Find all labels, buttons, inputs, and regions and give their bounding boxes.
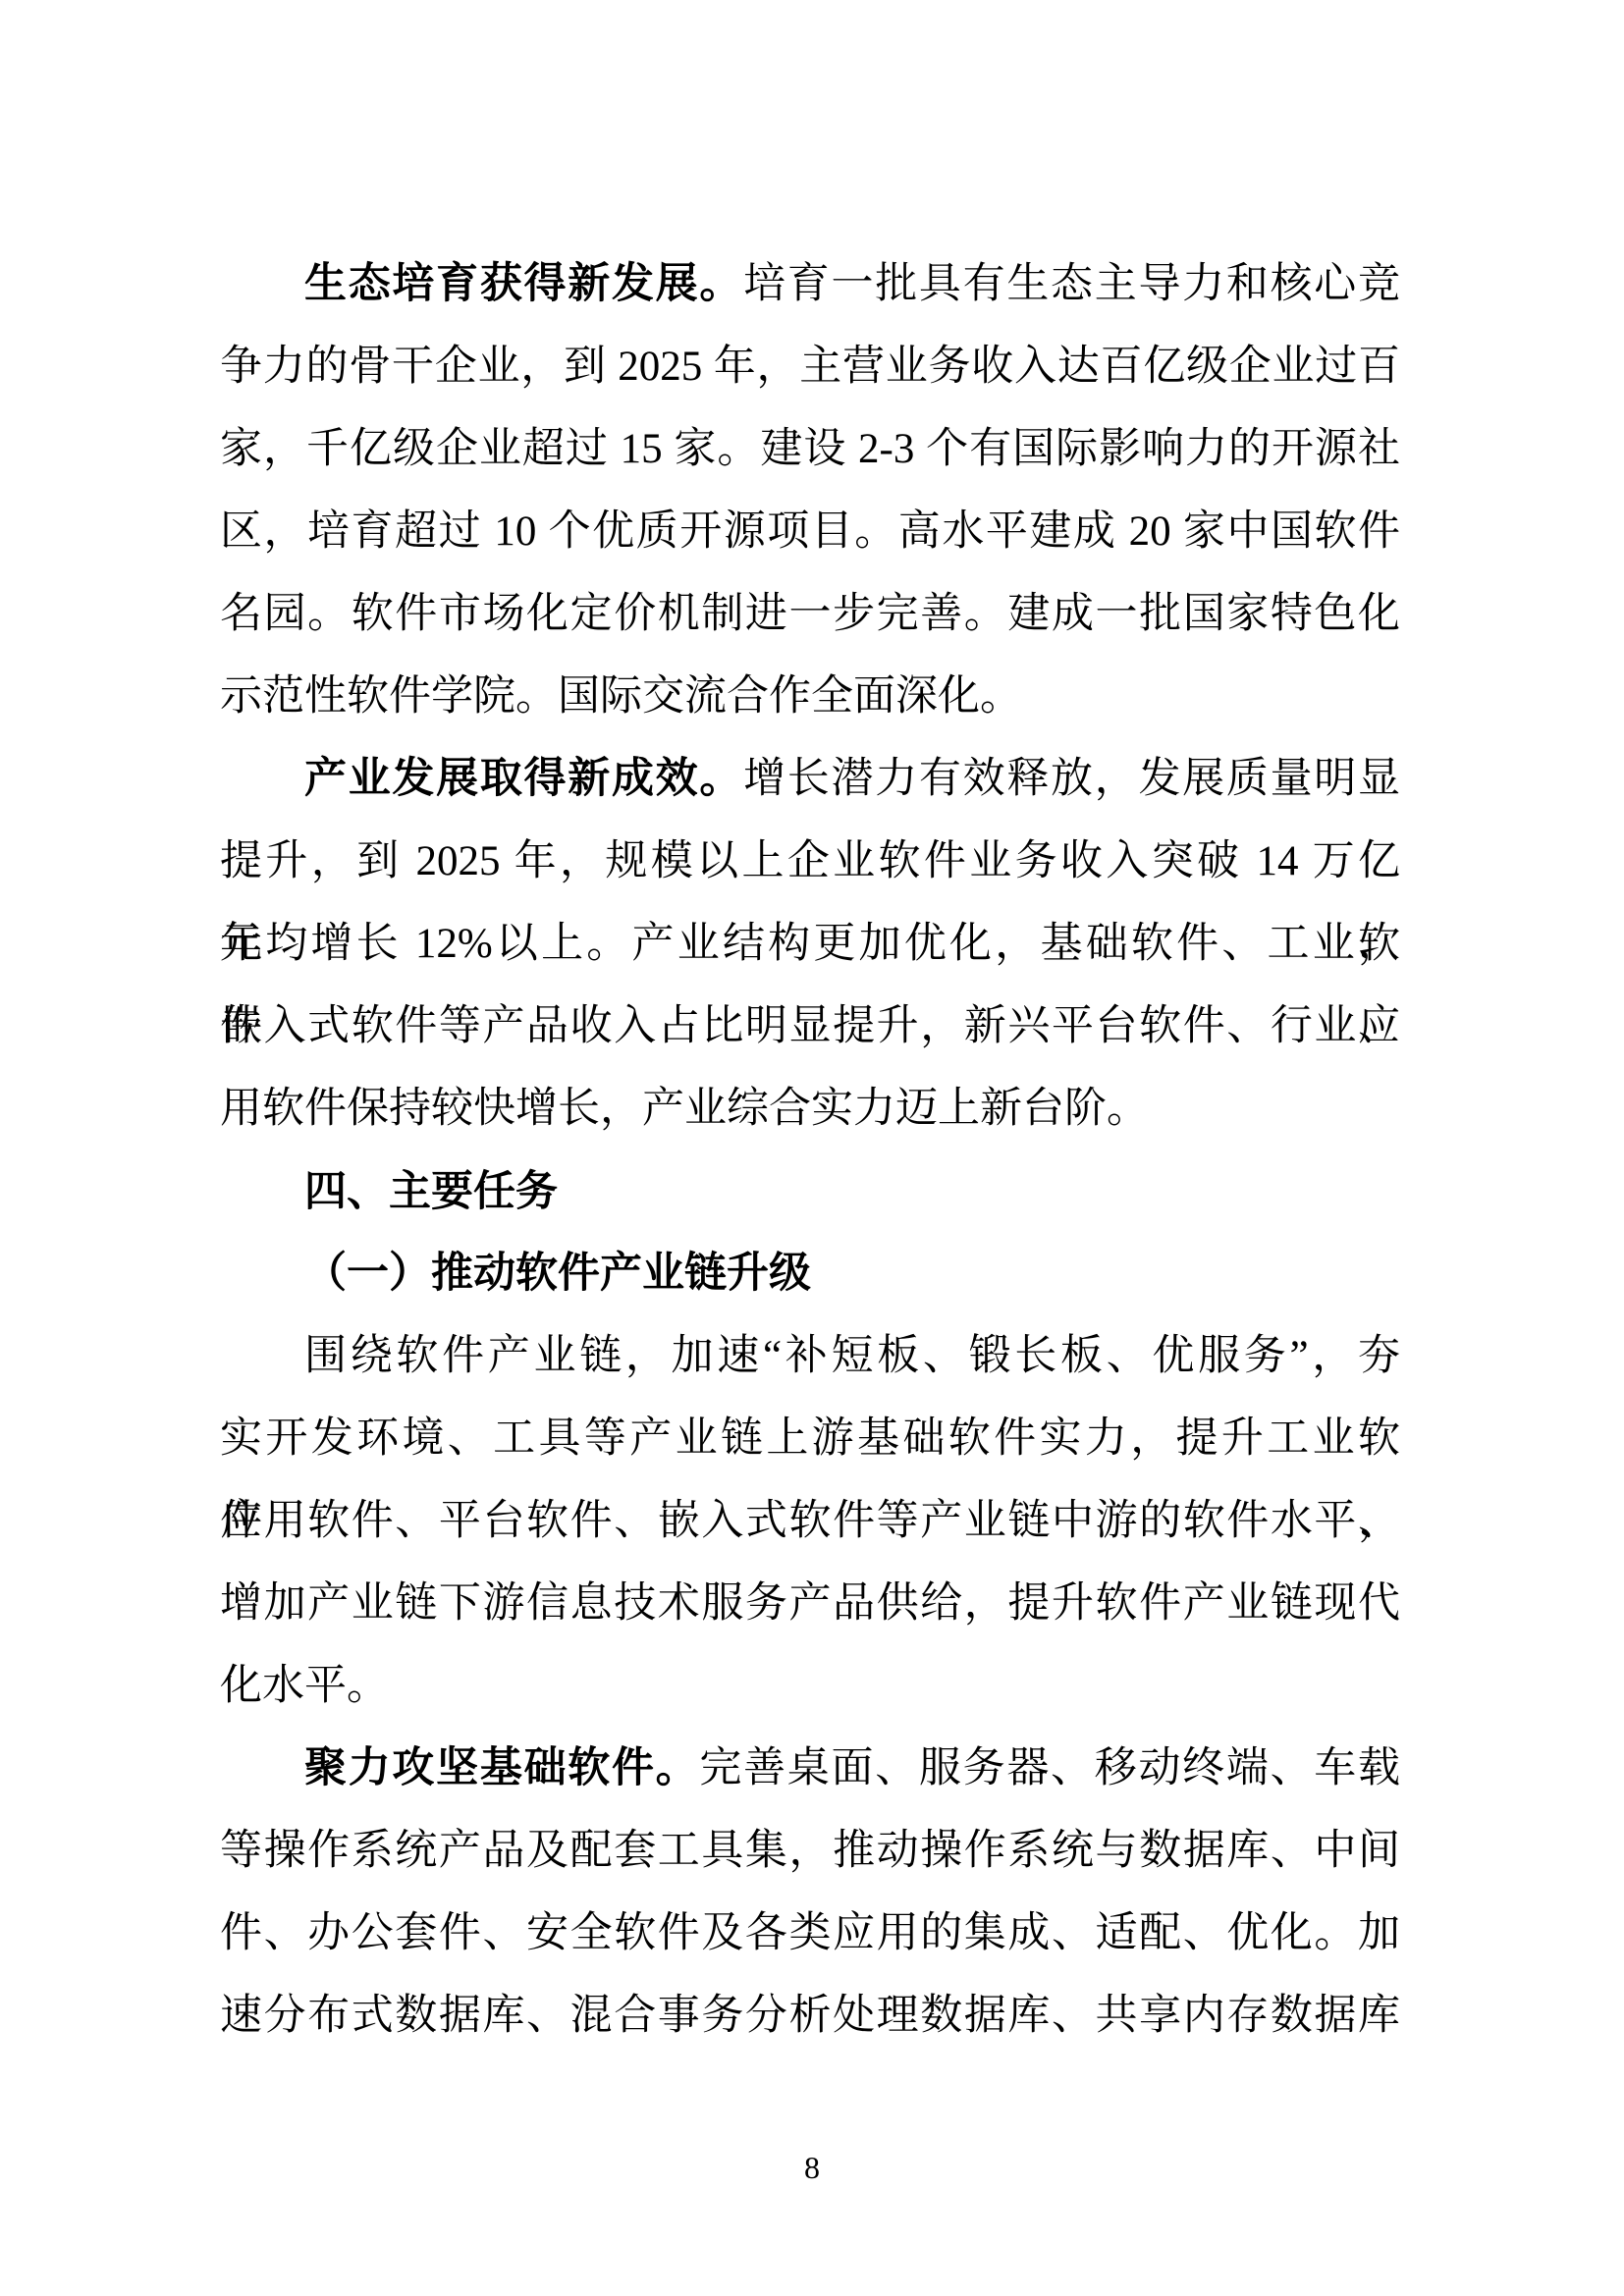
paragraph-last-line: 示范性软件学院。国际交流合作全面深化。 — [220, 656, 1400, 738]
line-text: 件、办公套件、安全软件及各类应用的集成、适配、优化。加 — [220, 1910, 1400, 1956]
paragraph-lead-line: 产业发展取得新成效。增长潜力有效释放，发展质量明显 — [220, 738, 1400, 821]
line-text: 化水平。 — [220, 1663, 389, 1709]
bold-lead-in: 生态培育获得新发展。 — [304, 261, 743, 307]
text-line: 速分布式数据库、混合事务分析处理数据库、共享内存数据库 — [220, 1975, 1400, 2057]
document-page: 生态培育获得新发展。培育一批具有生态主导力和核心竞 争力的骨干企业，到 2025… — [0, 0, 1624, 2296]
page-number: 8 — [0, 2146, 1624, 2189]
text-line: 家，千亿级企业超过 15 家。建设 2-3 个有国际影响力的开源社 — [220, 408, 1400, 491]
paragraph-last-line: 用软件保持较快增长，产业综合实力迈上新台阶。 — [220, 1068, 1400, 1150]
paragraph-lead-line: 生态培育获得新发展。培育一批具有生态主导力和核心竞 — [220, 243, 1400, 326]
line-text: 嵌入式软件等产品收入占比明显提升，新兴平台软件、行业应 — [220, 1003, 1400, 1049]
line-text: 增加产业链下游信息技术服务产品供给，提升软件产业链现代 — [220, 1580, 1400, 1627]
line-text: 等操作系统产品及配套工具集，推动操作系统与数据库、中间 — [220, 1828, 1400, 1874]
subsection-heading-text: （一）推动软件产业链升级 — [304, 1251, 811, 1297]
line-text: 增长潜力有效释放，发展质量明显 — [743, 756, 1400, 802]
paragraph-last-line: 化水平。 — [220, 1645, 1400, 1728]
section-heading-text: 四、主要任务 — [304, 1168, 558, 1215]
line-text: 围绕软件产业链，加速“补短板、锻长板、优服务”，夯 — [304, 1333, 1400, 1379]
paragraph-lead-line: 围绕软件产业链，加速“补短板、锻长板、优服务”，夯 — [220, 1315, 1400, 1398]
line-text: 家，千亿级企业超过 15 家。建设 2-3 个有国际影响力的开源社 — [220, 426, 1400, 472]
text-line: 实开发环境、工具等产业链上游基础软件实力，提升工业软件、 — [220, 1398, 1400, 1480]
document-body: 生态培育获得新发展。培育一批具有生态主导力和核心竞 争力的骨干企业，到 2025… — [220, 243, 1400, 2057]
text-line: 提升，到 2025 年，规模以上企业软件业务收入突破 14 万亿元， — [220, 821, 1400, 903]
line-text: 区，培育超过 10 个优质开源项目。高水平建成 20 家中国软件 — [220, 508, 1400, 555]
line-text: 应用软件、平台软件、嵌入式软件等产业链中游的软件水平， — [220, 1498, 1400, 1544]
line-text: 完善桌面、服务器、移动终端、车载 — [699, 1745, 1400, 1791]
subsection-heading: （一）推动软件产业链升级 — [220, 1233, 1400, 1315]
text-line: 争力的骨干企业，到 2025 年，主营业务收入达百亿级企业过百 — [220, 326, 1400, 408]
text-line: 区，培育超过 10 个优质开源项目。高水平建成 20 家中国软件 — [220, 491, 1400, 573]
line-text: 培育一批具有生态主导力和核心竞 — [743, 261, 1400, 307]
paragraph-lead-line: 聚力攻坚基础软件。完善桌面、服务器、移动终端、车载 — [220, 1728, 1400, 1810]
text-line: 应用软件、平台软件、嵌入式软件等产业链中游的软件水平， — [220, 1480, 1400, 1563]
bold-lead-in: 产业发展取得新成效。 — [304, 756, 743, 802]
section-heading: 四、主要任务 — [220, 1150, 1400, 1233]
line-text: 名园。软件市场化定价机制进一步完善。建成一批国家特色化 — [220, 591, 1400, 637]
text-line: 件、办公套件、安全软件及各类应用的集成、适配、优化。加 — [220, 1893, 1400, 1975]
text-line: 嵌入式软件等产品收入占比明显提升，新兴平台软件、行业应 — [220, 986, 1400, 1068]
text-line: 增加产业链下游信息技术服务产品供给，提升软件产业链现代 — [220, 1563, 1400, 1645]
line-text: 示范性软件学院。国际交流合作全面深化。 — [220, 673, 1022, 720]
text-line: 年均增长 12%以上。产业结构更加优化，基础软件、工业软件、 — [220, 903, 1400, 986]
text-line: 等操作系统产品及配套工具集，推动操作系统与数据库、中间 — [220, 1810, 1400, 1893]
line-text: 争力的骨干企业，到 2025 年，主营业务收入达百亿级企业过百 — [220, 344, 1400, 390]
bold-lead-in: 聚力攻坚基础软件。 — [304, 1745, 699, 1791]
line-text: 用软件保持较快增长，产业综合实力迈上新台阶。 — [220, 1086, 1149, 1132]
text-line: 名园。软件市场化定价机制进一步完善。建成一批国家特色化 — [220, 573, 1400, 656]
line-text: 速分布式数据库、混合事务分析处理数据库、共享内存数据库 — [220, 1993, 1400, 2039]
